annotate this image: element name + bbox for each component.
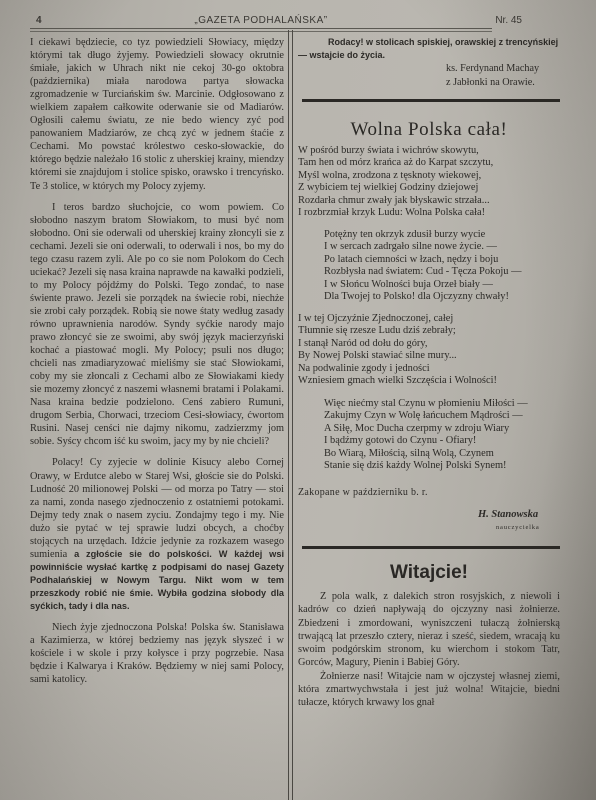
page-header: 4 „GAZETA PODHALAŃSKA” Nr. 45 (30, 6, 492, 28)
poem-line: W pośród burzy świata i wichrów skowytu, (298, 145, 560, 158)
poem-line: Potężny ten okrzyk zdusił burzy wycie (324, 229, 560, 242)
header-rule (30, 28, 492, 32)
article-closing: Niech żyje zjednoczona Polska! Polska św… (30, 621, 284, 686)
bold-appeal: a zgłoście sie do polskości. W każdej ws… (30, 549, 284, 611)
poem-stanza: Potężny ten okrzyk zdusił burzy wycieI w… (298, 229, 560, 304)
poem-line: Tam hen od mórz krańca aż do Karpat szcz… (298, 157, 560, 170)
poem-line: Zakujmy Czyn w Wolę łańcuchem Mądrości — (324, 410, 560, 423)
signature-line: ks. Ferdynand Machay (298, 62, 560, 76)
newspaper-page: 4 „GAZETA PODHALAŃSKA” Nr. 45 I ciekawi … (0, 0, 596, 800)
poem-line: I rozbrzmiał krzyk Ludu: Wolna Polska ca… (298, 207, 560, 220)
poem-author: H. Stanowska (298, 509, 560, 522)
poem-line: Tłumnie się rzesze Ludu dziś zebrały; (298, 325, 560, 338)
poem-stanza: W pośród burzy świata i wichrów skowytu,… (298, 145, 560, 220)
signature-line: z Jabłonki na Orawie. (298, 76, 560, 90)
section-rule (302, 99, 560, 102)
poem-line: Myśl wolna, zrodzona z tęsknoty wiekowej… (298, 170, 560, 183)
poem-author-role: nauczycielka (298, 522, 560, 535)
issue-number: Nr. 45 (495, 15, 522, 26)
poem-line: I w tej Ojczyźnie Zjednoczonej, całej (298, 313, 560, 326)
section-rule (302, 546, 560, 549)
poem-line: By Nowej Polski stawiać silne mury... (298, 350, 560, 363)
poem-line: I w sercach zadrgało silne nowe życie. — (324, 241, 560, 254)
poem-line: I w Słońcu Wolności buja Orzeł biały — (324, 279, 560, 292)
welcome-title: Witajcie! (298, 567, 560, 580)
left-column-article: I ciekawi będziecie, co tyz powiedzieli … (30, 36, 284, 686)
article-paragraph: I teros bardzo słuchojcie, co wom powiem… (30, 201, 284, 449)
poem-line: Wzniesiem gmach wielki Szczęścia i Wolno… (298, 375, 560, 388)
article-text: Polacy! Cy zyjecie w dolinie Kisucy aleb… (30, 457, 284, 559)
poem-line: Rozdarła chmur zwały jak błyskawic strza… (298, 195, 560, 208)
poem-line: I stanął Naród od dołu do góry, (298, 338, 560, 351)
article-paragraph: I ciekawi będziecie, co tyz powiedzieli … (30, 36, 284, 193)
welcome-paragraph: Z pola walk, z dalekich stron rosyjskich… (298, 590, 560, 670)
article-paragraph: Polacy! Cy zyjecie w dolinie Kisucy aleb… (30, 456, 284, 613)
poem-title: Wolna Polska cała! (298, 124, 560, 137)
appeal-text: Rodacy! w stolicach spiskiej, orawskiej … (298, 36, 560, 62)
poem-place-date: Zakopane w październiku b. r. (298, 487, 560, 500)
right-column: Rodacy! w stolicach spiskiej, orawskiej … (298, 36, 560, 710)
welcome-paragraph: Żołnierze nasi! Witajcie nam w ojczystej… (298, 670, 560, 710)
poem-line: Dla Twojej to Polsko! dla Ojczyzny chwał… (324, 291, 560, 304)
poem-line: Na podwalinie zgody i jedności (298, 363, 560, 376)
poem-line: A Siłę, Moc Ducha czerpmy w zdroju Wiary (324, 423, 560, 436)
poem-line: Z wybiciem tej wielkiej Godziny dziejowe… (298, 182, 560, 195)
poem-line: Bo Wiarą, Miłością, silną Wolą, Czynem (324, 448, 560, 461)
poem-line: I bądźmy gotowi do Czynu - Ofiary! (324, 435, 560, 448)
poem-line: Rozbłysła nad światem: Cud - Tęcza Pokoj… (324, 266, 560, 279)
poem-stanza: Więc niećmy stal Czynu w płomieniu Miłoś… (298, 398, 560, 473)
poem-stanza: I w tej Ojczyźnie Zjednoczonej, całejTłu… (298, 313, 560, 388)
poem-line: Stanie się dziś każdy Wolnej Polski Syne… (324, 460, 560, 473)
poem-line: Po latach ciemności w łzach, nędzy i boj… (324, 254, 560, 267)
column-divider (288, 30, 293, 800)
newspaper-title: „GAZETA PODHALAŃSKA” (30, 15, 492, 26)
welcome-article: Z pola walk, z dalekich stron rosyjskich… (298, 590, 560, 710)
poem-line: Więc niećmy stal Czynu w płomieniu Miłoś… (324, 398, 560, 411)
